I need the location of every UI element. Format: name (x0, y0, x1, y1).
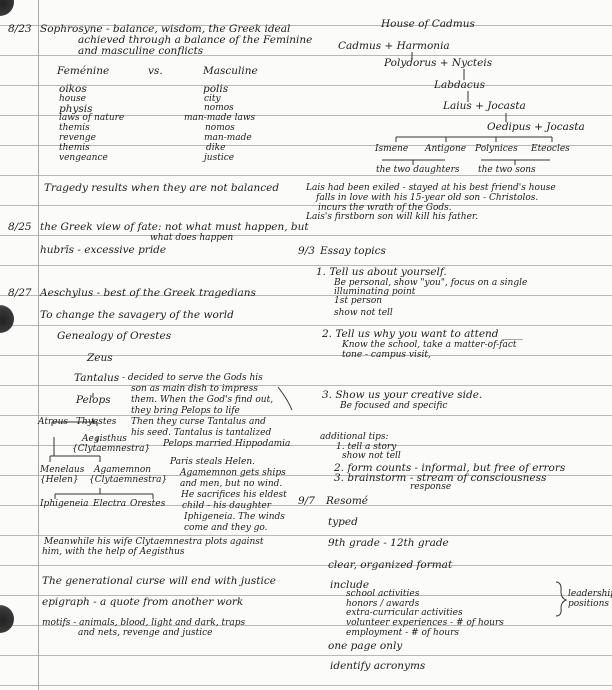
paris-note: and men, but no wind. (180, 480, 282, 490)
tree-orestes: Orestes (130, 500, 165, 510)
vs-label: vs. (148, 66, 163, 77)
tree-pelops: Pelops (76, 395, 111, 406)
cadmus-gen-4: Laius + Jocasta (443, 101, 526, 112)
essay-title: Essay topics (320, 246, 386, 257)
resume-format: clear, organized format (328, 560, 452, 571)
tantalus-note: his seed. Tantalus is tantalized (131, 429, 271, 439)
hubris-line: hubrīs - excessive pride (40, 245, 166, 256)
leadership-note: leadership positions (568, 590, 612, 609)
resume-typed: typed (328, 517, 358, 528)
tantalus-note: - decided to serve the Gods his (122, 374, 263, 384)
curse-line: The generational curse will end with jus… (42, 576, 276, 587)
paris-note: Iphigeneia. The winds (184, 513, 285, 523)
topic-1: 1. Tell us about yourself. (316, 267, 447, 278)
tantalus-note: they bring Pelops to life (131, 407, 240, 417)
epigraph-line: epigraph - a quote from another work (42, 597, 243, 608)
paris-note: come and they go. (184, 524, 268, 534)
cadmus-child: Antigone (425, 145, 466, 155)
paris-note: child - his daughter (182, 502, 271, 512)
tree-iphigeneia: Iphigeneia (40, 500, 88, 510)
include-item: employment - # of hours (346, 629, 459, 639)
tantalus-note: son as main dish to impress (131, 385, 258, 395)
motifs-line-2: and nets, revenge and justice (78, 629, 213, 639)
tree-agamemnon-spouse: {Clytaemnestra} (89, 476, 167, 486)
topic-2: 2. Tell us why you want to attend ____ (322, 329, 523, 340)
paris-note: Paris steals Helen. (170, 458, 255, 468)
fate-line-2: what does happen (150, 234, 233, 244)
tantalus-note: them. When the God's find out, (131, 396, 273, 406)
cadmus-child: Eteocles (531, 145, 570, 155)
savagery-line: To change the savagery of the world (40, 310, 234, 321)
sons-label: the two sons (478, 166, 536, 176)
tree-zeus: Zeus (87, 353, 113, 364)
tantalus-note: Pelops married Hippodamia (163, 440, 290, 450)
topic-1-note: 1st person (334, 297, 382, 307)
date-8-23: 8/23 (8, 24, 32, 35)
feminine-header: Feménine (57, 66, 109, 77)
tree-thyestes: Thyestes (76, 418, 116, 428)
tip-3-note: response (410, 483, 451, 493)
cadmus-gen-3: Labdacus (434, 80, 485, 91)
tree-menelaus-spouse: {Helen} (40, 476, 79, 486)
cadmus-gen-5: Oedipus + Jocasta (487, 122, 585, 133)
tip-1-note: show not tell (342, 452, 401, 462)
masculine-term: justice (204, 154, 234, 164)
tantalus-note: Then they curse Tantalus and (131, 418, 266, 428)
genealogy-title: Genealogy of Orestes (57, 331, 171, 342)
cadmus-child: Ismene (375, 145, 408, 155)
cadmus-gen-1: Cadmus + Harmonia (338, 41, 450, 52)
date-9-3: 9/3 (298, 246, 315, 257)
tree-aegisthus-spouse: {Clytaemnestra} (72, 445, 150, 455)
daughters-label: the two daughters (376, 166, 460, 176)
laius-story: Lais's firstborn son will kill his fathe… (306, 213, 478, 223)
fate-line: the Greek view of fate: not what must ha… (40, 222, 309, 233)
meanwhile-line-2: him, with the help of Aegisthus (42, 548, 185, 558)
tree-tantalus: Tantalus (74, 373, 119, 384)
topic-2-note: tone - campus visit, (342, 351, 431, 361)
date-8-25: 8/25 (8, 222, 32, 233)
date-8-27: 8/27 (8, 288, 32, 299)
tragedy-note: Tragedy results when they are not balanc… (44, 183, 279, 194)
feminine-term: vengeance (59, 154, 108, 164)
masculine-header: Masculine (203, 66, 258, 77)
resume-title: Resomé (326, 496, 368, 507)
cadmus-gen-2: Polydorus + Nycteis (384, 58, 492, 69)
topic-1-note: show not tell (334, 309, 393, 319)
tree-electra: Electra (93, 500, 126, 510)
paris-note: Agamemnon gets ships (180, 469, 286, 479)
cadmus-title: House of Cadmus (381, 19, 475, 30)
aeschylus-line: Aeschylus - best of the Greek tragedians (40, 288, 256, 299)
sophrosyne-line-3: and masculine conflicts (78, 46, 203, 57)
date-9-7: 9/7 (298, 496, 315, 507)
resume-grades: 9th grade - 12th grade (328, 538, 449, 549)
resume-acronyms: identify acronyms (330, 661, 425, 672)
topic-3: 3. Show us your creative side. (322, 390, 482, 401)
topic-3-note: Be focused and specific (340, 402, 447, 412)
cadmus-child: Polynices (475, 145, 518, 155)
resume-one-page: one page only (328, 641, 402, 652)
paris-note: He sacrifices his eldest (181, 491, 287, 501)
tree-atreus: Atreus (38, 418, 68, 428)
